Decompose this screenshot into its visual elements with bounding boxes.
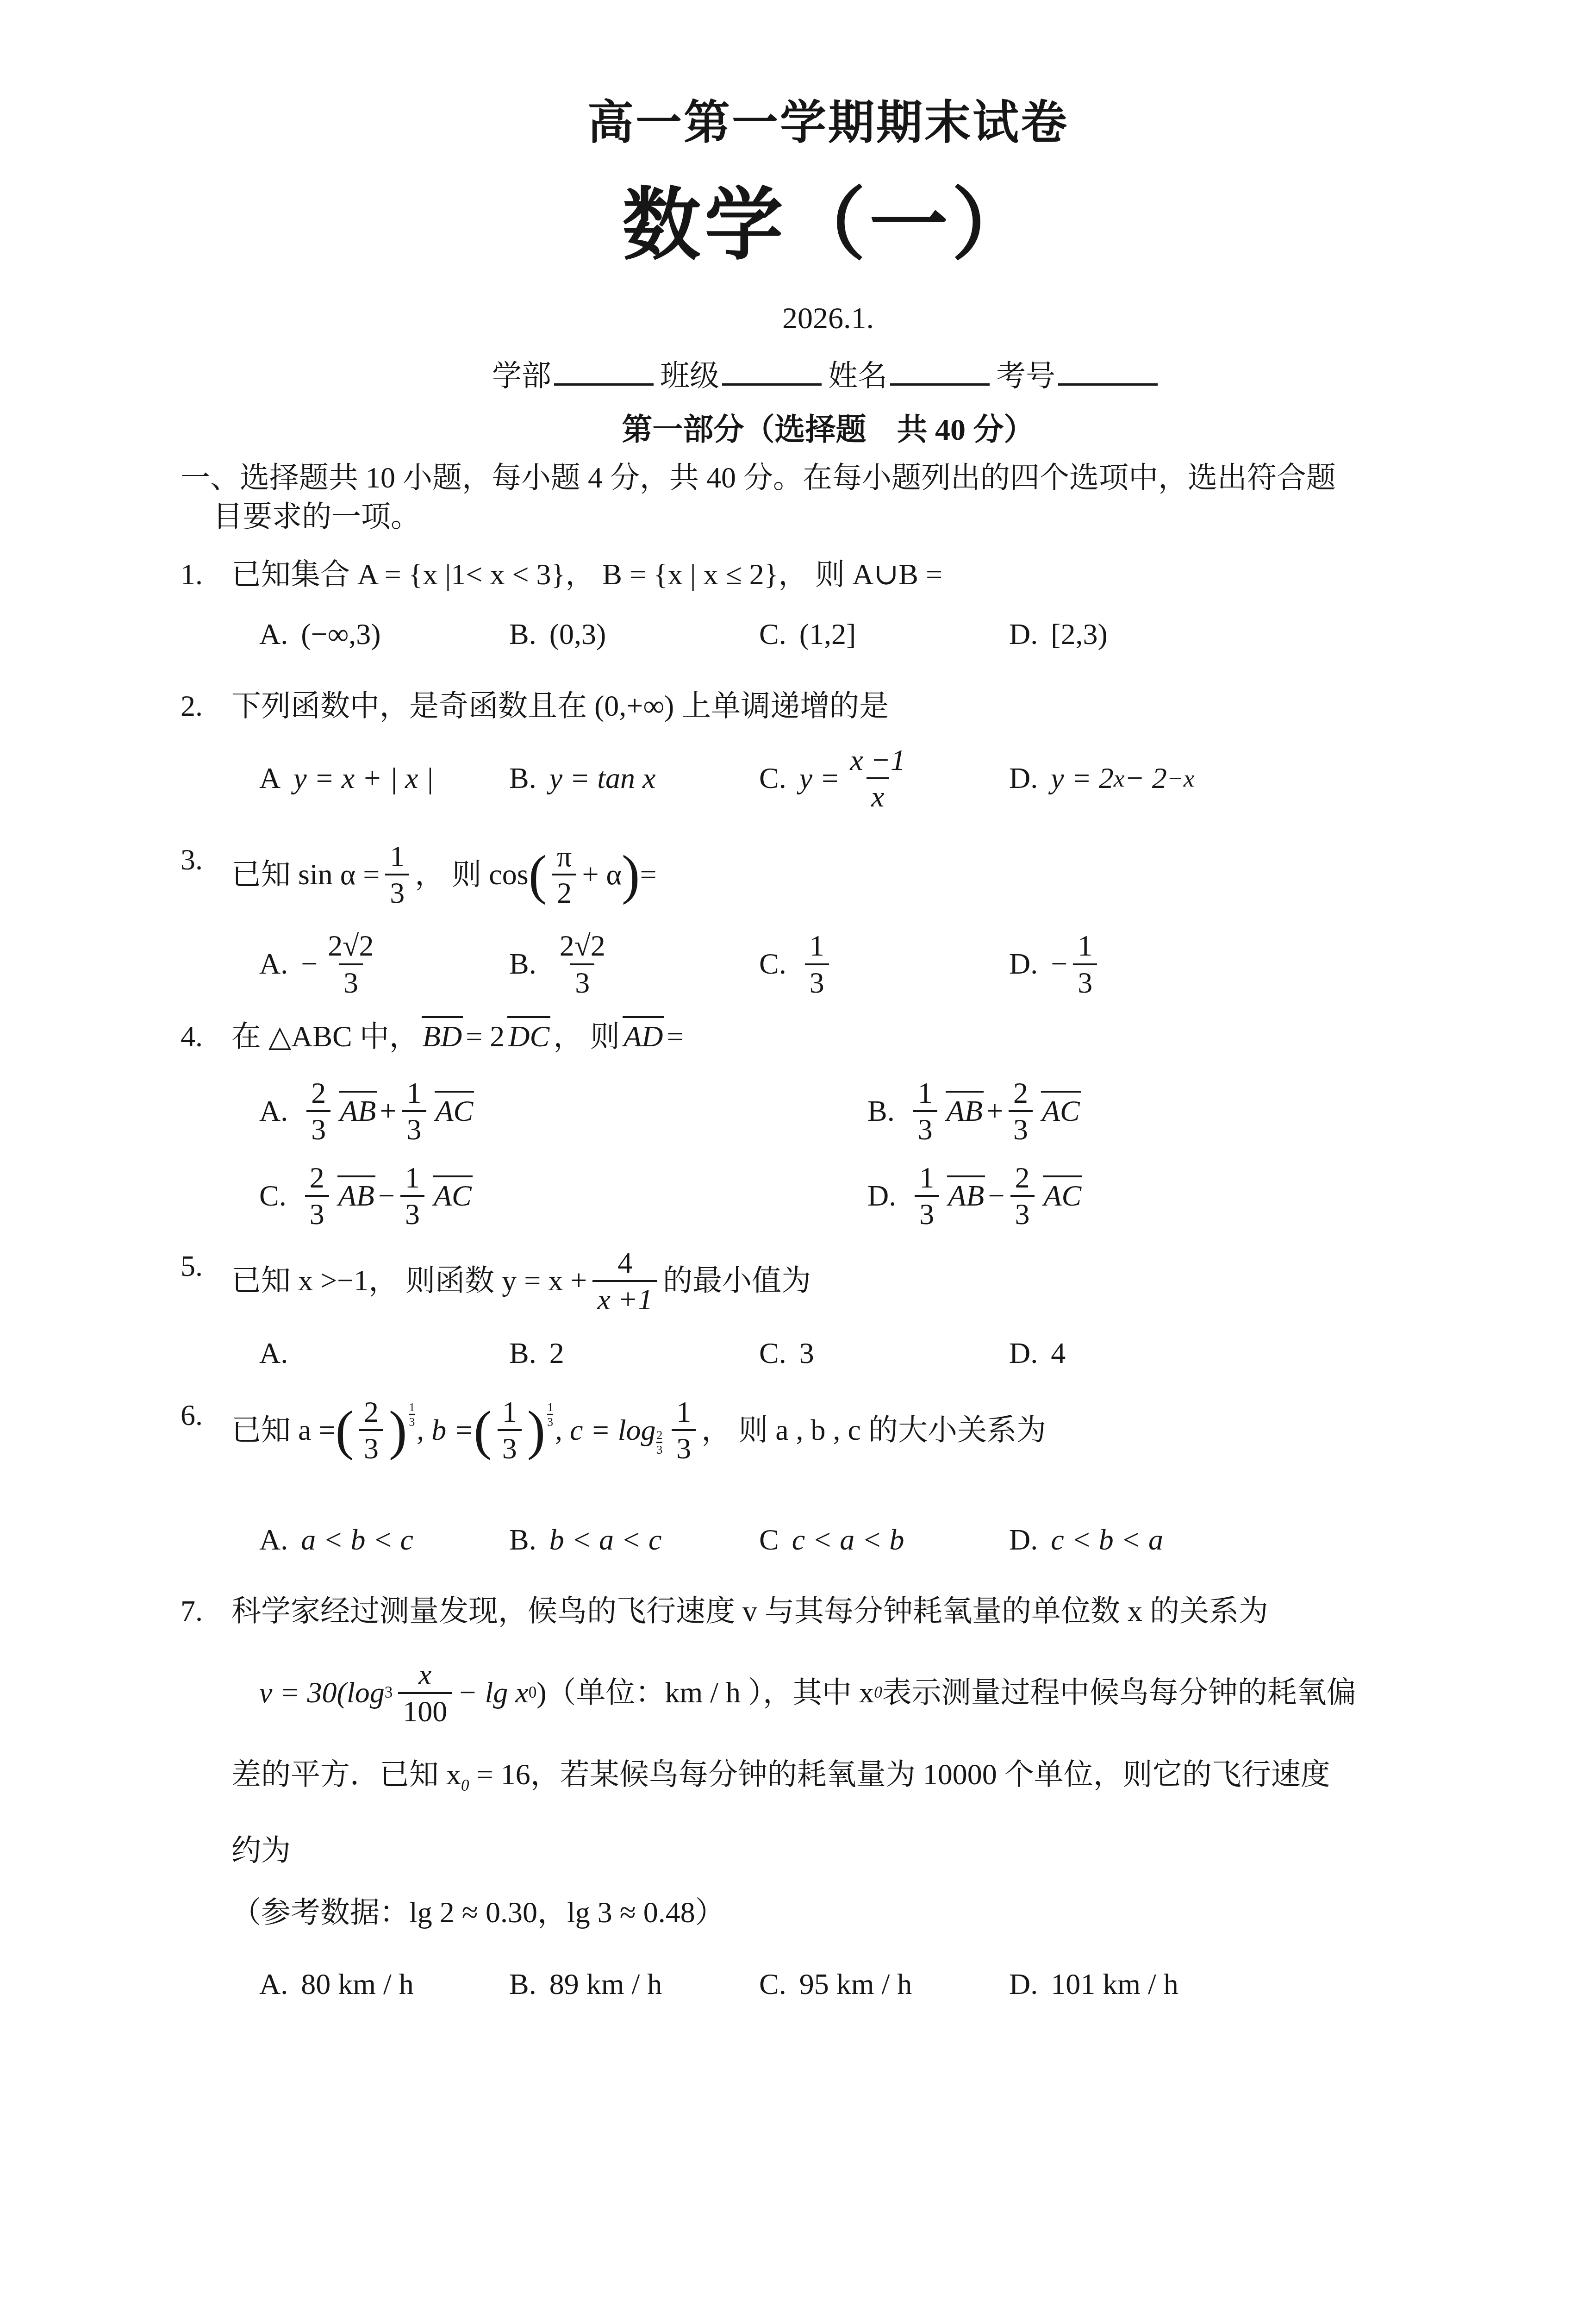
question-7-options: A.80 km / h B.89 km / h C.95 km / h D.10…: [181, 1965, 1476, 2004]
minus-sign: −: [1051, 944, 1067, 983]
question-4-number: 4.: [181, 1017, 231, 1056]
fraction-numerator: 1: [1073, 930, 1097, 963]
option-b: B. 13 AB + 23 AC: [867, 1077, 1476, 1145]
fraction-denominator: 3: [339, 963, 363, 999]
option-label: C.: [759, 1965, 786, 2004]
left-paren: (: [336, 1408, 354, 1452]
option-d: D.[2,3): [1009, 615, 1259, 654]
field-label-class: 班级: [660, 359, 719, 392]
fraction-denominator: 3: [915, 1195, 939, 1230]
fraction-numerator: 1: [915, 1162, 939, 1195]
question-7: 7. 科学家经过测量发现，候鸟的飞行速度 v 与其每分钟耗氧量的单位数 x 的关…: [181, 1592, 1476, 1631]
question-1-number: 1.: [181, 555, 231, 594]
fraction-denominator: 3: [656, 1442, 662, 1457]
fraction-numerator: 2: [1009, 1077, 1033, 1110]
subscript: 0: [461, 1776, 469, 1794]
question-7-line-4: 约为: [181, 1831, 1476, 1870]
option-b: B. 2√23: [509, 930, 759, 998]
question-3-number: 3.: [181, 840, 231, 879]
question-6-options: A.a < b < c B.b < a < c Cc < a < b D.c <…: [181, 1520, 1476, 1559]
fraction: 13: [915, 1162, 939, 1230]
blank-line-name: [890, 356, 990, 386]
vector-AC: AC: [1040, 1092, 1082, 1131]
option-b: B.y = tan x: [509, 759, 759, 798]
option-text: 80 km / h: [301, 1965, 414, 2004]
option-label: A.: [259, 1334, 288, 1373]
question-3-stem: 已知 sin α =: [231, 855, 380, 894]
option-label: C.: [259, 1176, 287, 1215]
option-text: a < b < c: [301, 1520, 413, 1559]
option-label: A: [259, 759, 281, 798]
fraction: x −1x: [845, 744, 910, 812]
page-content: 高一第一学期期末试卷 数学（一） 2026.1. 学部班级姓名考号 第一部分（选…: [0, 0, 1596, 2004]
fraction-denominator: 3: [385, 874, 409, 909]
question-4-stem: = 2: [466, 1017, 505, 1056]
fraction: 23: [1010, 1162, 1035, 1230]
vector-AC: AC: [434, 1092, 475, 1131]
fraction-denominator: 3: [402, 1110, 426, 1145]
question-5-stem: 的最小值为: [663, 1261, 811, 1300]
fraction-denominator: 3: [305, 1195, 329, 1230]
fraction-numerator: 2√2: [555, 930, 610, 963]
question-6-number: 6.: [181, 1396, 231, 1435]
option-text: y = 2: [1051, 759, 1114, 798]
option-c: C. 13: [759, 930, 1009, 998]
option-b: B.b < a < c: [509, 1520, 759, 1559]
fraction: 2√23: [555, 930, 610, 998]
minus-sign: −: [301, 944, 318, 983]
option-label: D.: [1009, 615, 1038, 654]
vector-AC: AC: [1042, 1176, 1084, 1215]
fraction-denominator: 3: [1010, 1195, 1035, 1230]
question-5: 5. 已知 x >−1， 则函数 y = x + 4x +1 的最小值为: [181, 1247, 1476, 1315]
fraction: 13: [672, 1396, 696, 1464]
fraction-numerator: 1: [498, 1396, 522, 1429]
fraction-numerator: 1: [409, 1401, 415, 1414]
question-4-stem: =: [667, 1017, 683, 1056]
question-2-options: Ay = x + | x | B.y = tan x C. y = x −1x …: [181, 744, 1476, 812]
fraction-numerator: 1: [547, 1401, 553, 1414]
option-d: D. y = 2x − 2−x: [1009, 759, 1259, 798]
exam-page: 高一第一学期期末试卷 数学（一） 2026.1. 学部班级姓名考号 第一部分（选…: [0, 0, 1596, 2300]
fraction-numerator: 2: [656, 1429, 662, 1442]
option-d: D.c < b < a: [1009, 1520, 1259, 1559]
option-text: 4: [1051, 1334, 1066, 1373]
option-label: D.: [1009, 759, 1038, 798]
fraction-numerator: 1: [672, 1396, 696, 1429]
fraction: 13: [400, 1162, 424, 1230]
field-label-name: 姓名: [828, 359, 887, 392]
fraction: 23: [305, 1162, 329, 1230]
log-base: 3: [385, 1682, 393, 1703]
option-c: C.(1,2]: [759, 615, 1009, 654]
option-label: A.: [259, 944, 288, 983]
question-7-line-3: 差的平方．已知 x0 = 16，若某候鸟每分钟的耗氧量为 10000 个单位，则…: [181, 1755, 1476, 1796]
option-label: B.: [509, 1965, 536, 2004]
exam-title: 高一第一学期期末试卷: [181, 95, 1476, 150]
option-d: D.4: [1009, 1334, 1259, 1373]
question-6-stem: 已知 a =: [231, 1411, 336, 1450]
question-5-number: 5.: [181, 1247, 231, 1286]
question-7-reference: （参考数据：lg 2 ≈ 0.30，lg 3 ≈ 0.48）: [181, 1893, 1476, 1932]
operator: −: [378, 1176, 395, 1215]
option-b: B.2: [509, 1334, 759, 1373]
option-d: D. − 13: [1009, 930, 1259, 998]
option-text: b < a < c: [549, 1520, 662, 1559]
fraction-numerator: 2: [305, 1162, 329, 1195]
option-c: Cc < a < b: [759, 1520, 1009, 1559]
question-2: 2. 下列函数中，是奇函数且在 (0,+∞) 上单调递增的是: [181, 687, 1476, 725]
operator: −: [988, 1176, 1004, 1215]
option-text: (−∞,3): [301, 615, 380, 654]
operator: +: [380, 1092, 396, 1131]
option-d: D.101 km / h: [1009, 1965, 1259, 2004]
exam-date: 2026.1.: [181, 298, 1476, 338]
fraction-numerator: 1: [402, 1077, 426, 1110]
part-header: 第一部分（选择题 共 40 分）: [181, 410, 1476, 450]
option-label: A.: [259, 1092, 288, 1131]
fraction: 23: [1009, 1077, 1033, 1145]
option-label: D.: [1009, 944, 1038, 983]
fraction-numerator: 1: [400, 1162, 424, 1195]
fraction-numerator: x −1: [845, 744, 910, 777]
fraction-denominator: 2: [552, 874, 576, 909]
fraction-denominator: 3: [409, 1414, 415, 1429]
question-3: 3. 已知 sin α = 13 ， 则 cos ( π2 + α ) =: [181, 840, 1476, 909]
option-a: Ay = x + | x |: [259, 759, 509, 798]
fraction: 23: [306, 1077, 330, 1145]
vector-AB: AB: [338, 1092, 378, 1131]
option-text: (0,3): [549, 615, 606, 654]
fraction-denominator: x: [867, 777, 889, 812]
option-a: A.(−∞,3): [259, 615, 509, 654]
operator: +: [986, 1092, 1003, 1131]
exponent-fraction: 13: [547, 1401, 553, 1429]
option-text: 2: [549, 1334, 564, 1373]
fraction-numerator: 2: [359, 1396, 383, 1429]
fraction-numerator: 2√2: [323, 930, 378, 963]
fraction-numerator: x: [414, 1658, 436, 1692]
fraction-denominator: 3: [1073, 963, 1097, 999]
vector-AC: AC: [432, 1176, 474, 1215]
option-d: D. 13 AB − 23 AC: [867, 1162, 1476, 1230]
option-label: B.: [509, 615, 536, 654]
option-label: C: [759, 1520, 779, 1559]
fraction: 13: [805, 930, 829, 998]
question-7-text: = 16，若某候鸟每分钟的耗氧量为 10000 个单位，则它的飞行速度: [477, 1758, 1330, 1791]
fraction: 4x +1: [592, 1247, 657, 1315]
option-text: [2,3): [1051, 615, 1108, 654]
fraction: 13: [498, 1396, 522, 1464]
blank-line-department: [554, 356, 654, 386]
fraction-numerator: 1: [913, 1077, 937, 1110]
exponent: −x: [1167, 762, 1195, 794]
exponent-fraction: 13: [409, 1401, 415, 1429]
option-label: A.: [259, 615, 288, 654]
option-text: y = x + | x |: [293, 759, 434, 798]
question-5-stem: 已知 x >−1， 则函数 y = x +: [231, 1261, 587, 1300]
field-label-department: 学部: [492, 359, 551, 392]
option-label: A.: [259, 1520, 288, 1559]
blank-line-class: [722, 356, 822, 386]
option-text: y = tan x: [549, 759, 656, 798]
fraction: 13: [1073, 930, 1097, 998]
question-3-stem: =: [640, 855, 656, 894]
fraction-denominator: 3: [359, 1429, 383, 1464]
formula-text: )（单位：km / h ），其中 x: [536, 1673, 874, 1712]
question-4: 4. 在 △ABC 中， BD = 2 DC ， 则 AD =: [181, 1017, 1476, 1056]
option-label: D.: [1009, 1520, 1038, 1559]
left-paren: (: [529, 853, 547, 897]
fraction-numerator: 4: [613, 1247, 637, 1280]
option-a: A.a < b < c: [259, 1520, 509, 1559]
question-7-stem: 科学家经过测量发现，候鸟的飞行速度 v 与其每分钟耗氧量的单位数 x 的关系为: [231, 1592, 1268, 1631]
right-paren: ): [622, 853, 640, 897]
question-1: 1. 已知集合 A = {x |1< x < 3}， B = {x | x ≤ …: [181, 555, 1476, 594]
fraction-denominator: 3: [570, 963, 594, 999]
option-text: (1,2]: [799, 615, 856, 654]
question-6-stem: , c = log: [555, 1411, 655, 1450]
vector-AB: AB: [945, 1092, 985, 1131]
option-c: C.95 km / h: [759, 1965, 1009, 2004]
formula-text: 表示测量过程中候鸟每分钟的耗氧偏: [882, 1673, 1356, 1712]
fraction: x100: [398, 1658, 452, 1727]
vector-AD: AD: [622, 1017, 665, 1056]
question-1-options: A.(−∞,3) B.(0,3) C.(1,2] D.[2,3): [181, 615, 1476, 654]
fraction-numerator: 2: [306, 1077, 330, 1110]
question-6-stem: , b =: [417, 1411, 474, 1450]
question-3-stem: ， 则 cos: [415, 855, 528, 894]
log-base-fraction: 23: [656, 1429, 662, 1456]
option-c: C. 23 AB − 13 AC: [259, 1162, 867, 1230]
option-label: C.: [759, 615, 786, 654]
intro-line-2: 目要求的一项。: [181, 497, 1476, 536]
fraction-numerator: 2: [1010, 1162, 1035, 1195]
option-label: B.: [867, 1092, 895, 1131]
option-b: B.(0,3): [509, 615, 759, 654]
right-paren: ): [389, 1408, 407, 1452]
vector-AB: AB: [337, 1176, 376, 1215]
fraction: 13: [402, 1077, 426, 1145]
question-2-number: 2.: [181, 687, 231, 725]
question-4-options-row-1: A. 23 AB + 13 AC B. 13 AB + 23 AC: [181, 1077, 1476, 1145]
fraction-denominator: 3: [1009, 1110, 1033, 1145]
subject-title: 数学（一）: [181, 178, 1476, 273]
section-intro: 一、选择题共 10 小题，每小题 4 分，共 40 分。在每小题列出的四个选项中…: [181, 458, 1476, 537]
question-4-stem: ， 则: [553, 1017, 620, 1056]
reference-data: （参考数据：lg 2 ≈ 0.30，lg 3 ≈ 0.48）: [231, 1896, 725, 1929]
subscript: 0: [874, 1682, 882, 1703]
fraction: π2: [552, 840, 576, 909]
option-text: y =: [799, 759, 840, 798]
vector-BD: BD: [421, 1017, 464, 1056]
fraction-denominator: 3: [805, 963, 829, 999]
student-info-row: 学部班级姓名考号: [181, 356, 1476, 395]
question-4-stem: 在 △ABC 中，: [231, 1017, 419, 1056]
fraction-numerator: 1: [385, 840, 409, 874]
question-3-options: A. − 2√23 B. 2√23 C. 13 D. − 13: [181, 930, 1476, 998]
question-7-formula: v = 30(log3 x100 − lg x0 )（单位：km / h ），其…: [181, 1658, 1476, 1727]
option-label: B.: [509, 1334, 536, 1373]
option-label: D.: [867, 1176, 896, 1215]
question-7-text: 约为: [231, 1834, 291, 1867]
option-a: A. − 2√23: [259, 930, 509, 998]
subscript: 0: [529, 1682, 537, 1703]
option-label: B.: [509, 944, 536, 983]
vector-DC: DC: [506, 1017, 551, 1056]
option-label: C.: [759, 1334, 786, 1373]
fraction: 13: [913, 1077, 937, 1145]
option-text: 89 km / h: [549, 1965, 662, 2004]
option-label: D.: [1009, 1334, 1038, 1373]
option-a: A.: [259, 1334, 509, 1373]
fraction-denominator: 3: [306, 1110, 330, 1145]
question-6-stem: ， 则 a , b , c 的大小关系为: [701, 1411, 1046, 1450]
question-4-options-row-2: C. 23 AB − 13 AC D. 13 AB − 23 AC: [181, 1162, 1476, 1230]
fraction-denominator: 100: [398, 1692, 452, 1727]
fraction-numerator: 1: [805, 930, 829, 963]
option-text: − 2: [1124, 759, 1166, 798]
formula-text: − lg x: [457, 1673, 528, 1712]
option-text: 3: [799, 1334, 814, 1373]
question-5-options: A. B.2 C.3 D.4: [181, 1334, 1476, 1373]
question-3-stem: + α: [582, 855, 622, 894]
option-b: B.89 km / h: [509, 1965, 759, 2004]
fraction: 2√23: [323, 930, 378, 998]
fraction: 23: [359, 1396, 383, 1464]
option-text: 101 km / h: [1051, 1965, 1178, 2004]
question-1-stem: 已知集合 A = {x |1< x < 3}， B = {x | x ≤ 2}，…: [231, 555, 942, 594]
question-2-stem: 下列函数中，是奇函数且在 (0,+∞) 上单调递增的是: [231, 687, 889, 725]
option-a: A. 23 AB + 13 AC: [259, 1077, 867, 1145]
option-label: B.: [509, 759, 536, 798]
option-text: c < a < b: [792, 1520, 904, 1559]
option-a: A.80 km / h: [259, 1965, 509, 2004]
fraction: 13: [385, 840, 409, 909]
intro-line-1: 一、选择题共 10 小题，每小题 4 分，共 40 分。在每小题列出的四个选项中…: [181, 458, 1476, 497]
fraction-denominator: 3: [498, 1429, 522, 1464]
option-label: A.: [259, 1965, 288, 2004]
fraction-denominator: 3: [547, 1414, 553, 1429]
option-label: C.: [759, 759, 786, 798]
fraction-denominator: x +1: [592, 1280, 657, 1315]
fraction-denominator: 3: [913, 1110, 937, 1145]
formula-text: v = 30(log: [259, 1673, 385, 1712]
left-paren: (: [474, 1408, 492, 1452]
option-label: C.: [759, 944, 786, 983]
option-label: D.: [1009, 1965, 1038, 2004]
vector-AB: AB: [946, 1176, 986, 1215]
question-6: 6. 已知 a = ( 23 ) 13 , b = ( 13 ) 13 , c …: [181, 1396, 1476, 1464]
option-c: C. y = x −1x: [759, 744, 1009, 812]
question-7-text: 差的平方．已知 x: [231, 1758, 461, 1791]
field-label-examno: 考号: [996, 359, 1055, 392]
fraction-denominator: 3: [672, 1429, 696, 1464]
fraction-denominator: 3: [400, 1195, 424, 1230]
right-paren: ): [527, 1408, 545, 1452]
option-text: 95 km / h: [799, 1965, 912, 2004]
exponent: x: [1114, 762, 1125, 794]
question-7-number: 7.: [181, 1592, 231, 1631]
option-c: C.3: [759, 1334, 1009, 1373]
option-label: B.: [509, 1520, 536, 1559]
option-text: c < b < a: [1051, 1520, 1163, 1559]
blank-line-examno: [1058, 356, 1158, 386]
fraction-numerator: π: [552, 840, 576, 874]
